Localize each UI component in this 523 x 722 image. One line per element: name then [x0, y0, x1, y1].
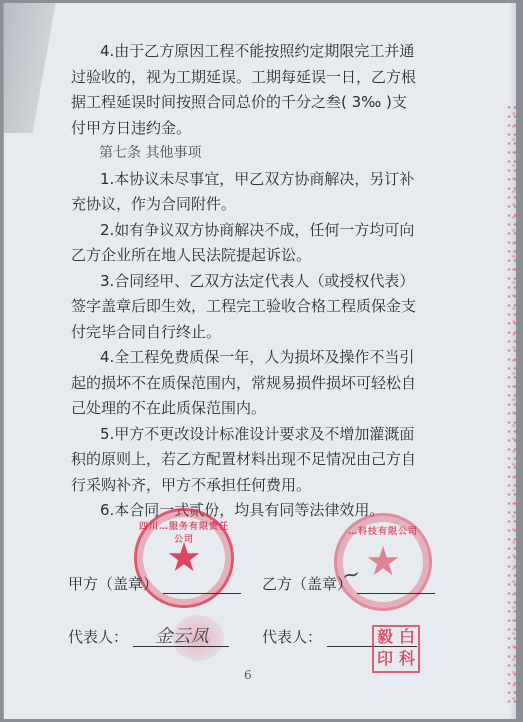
page-number: 6 — [244, 668, 252, 682]
party-a-label: 甲方（盖章） — [68, 575, 158, 593]
seal-text: …科技有限公司 — [337, 524, 429, 537]
rep-a-row: 代表人： 金云凤 — [68, 626, 229, 647]
seal-char: 科 — [396, 649, 418, 671]
personal-square-seal: 毅 白 印 科 — [372, 625, 420, 673]
party-b-label: 乙方（盖章） — [262, 575, 352, 593]
seal-text: 四川…服务有限责任公司 — [137, 519, 231, 545]
party-a-seal-line — [163, 575, 241, 594]
party-b-company-seal: …科技有限公司 ★ — [334, 513, 432, 611]
section-heading: 第七条 其他事项 — [71, 141, 421, 167]
party-a-seal-row: 甲方（盖章） — [68, 573, 241, 594]
page-fold-shadow — [4, 3, 74, 133]
rep-a-signature-line: 金云凤 — [133, 628, 229, 647]
seal-char: 毅 — [374, 627, 396, 649]
rep-a-handwritten-signature: 金云凤 — [155, 622, 209, 648]
document-page: 4.由于乙方原因工程不能按照约定期限完工并通过验收的，视为工期延误。工期每延误一… — [3, 3, 516, 719]
seal-char: 印 — [374, 649, 396, 671]
clause-4: 4.全工程免费质保一年，人为损坏及操作不当引起的损坏不在质保范围内，常规易损件损… — [71, 345, 421, 422]
rep-b-label: 代表人： — [262, 628, 322, 646]
clause-3: 3.合同经甲、乙双方法定代表人（或授权代表）签字盖章后即生效，工程完工验收合格工… — [71, 269, 421, 346]
clause-5: 5.甲方不更改设计标准设计要求及不增加灌溉面积的原则上，若乙方配置材料出现不足情… — [71, 422, 421, 499]
clause-1: 1.本协议未尽事宜，甲乙双方协商解决，另订补充协议，作为合同附件。 — [71, 167, 421, 218]
party-b-seal-line — [357, 575, 435, 594]
rep-a-label: 代表人： — [68, 628, 128, 646]
clause-delay-penalty: 4.由于乙方原因工程不能按照约定期限完工并通过验收的，视为工期延误。工期每延误一… — [71, 39, 421, 141]
seal-char: 白 — [396, 627, 418, 649]
clause-2: 2.如有争议双方协商解决不成，任何一方均可向乙方企业所在地人民法院提起诉讼。 — [71, 218, 421, 269]
document-body: 4.由于乙方原因工程不能按照约定期限完工并通过验收的，视为工期延误。工期每延误一… — [71, 39, 421, 524]
perforation-seal-marks — [506, 103, 520, 703]
